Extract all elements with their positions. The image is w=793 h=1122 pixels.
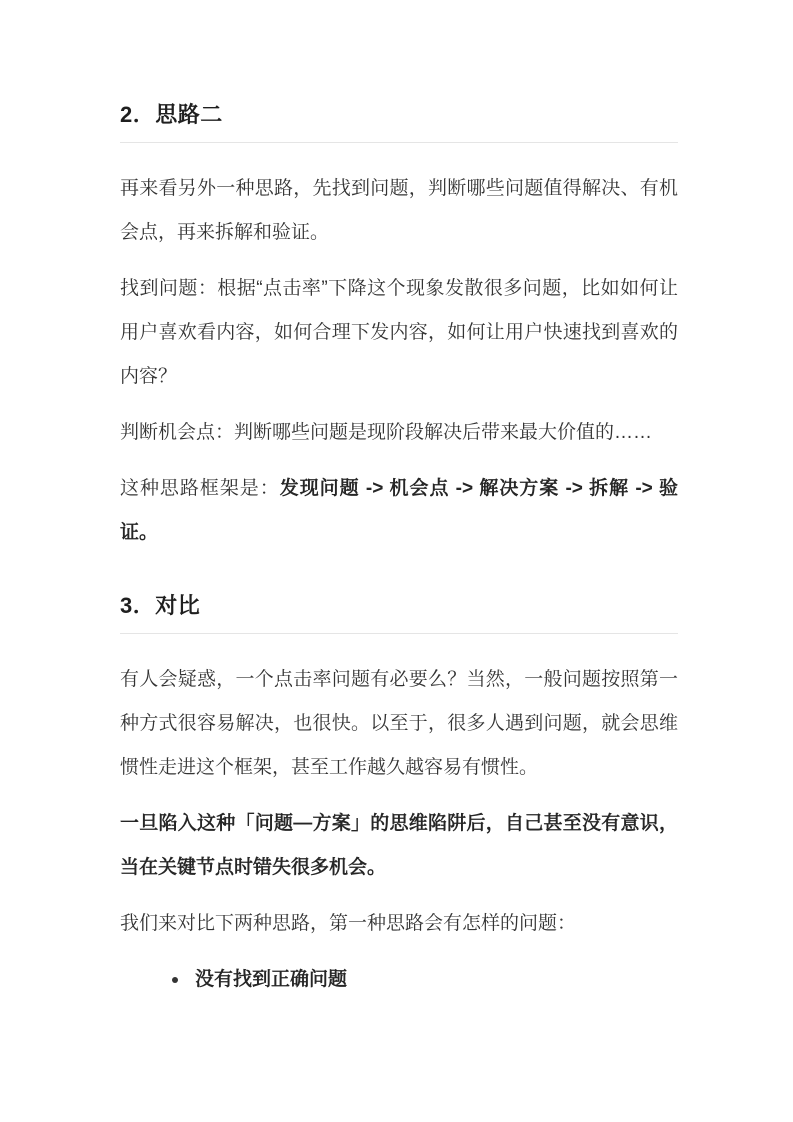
- problem-bullet-list: 没有找到正确问题: [120, 958, 678, 1002]
- paragraph-trap-warning: 一旦陷入这种「问题—方案」的思维陷阱后，自己甚至没有意识，当在关键节点时错失很多…: [120, 802, 678, 890]
- paragraph-framework: 这种思路框架是：发现问题 -> 机会点 -> 解决方案 -> 拆解 -> 验证。: [120, 467, 678, 555]
- section-divider: [120, 633, 678, 634]
- paragraph-compare-lead: 我们来对比下两种思路，第一种思路会有怎样的问题：: [120, 902, 678, 946]
- section-comparison: 3．对比 有人会疑惑，一个点击率问题有必要么？当然，一般问题按照第一种方式很容易…: [120, 591, 678, 1002]
- bullet-dot-icon: [172, 977, 178, 983]
- section-heading: 2．思路二: [120, 100, 678, 130]
- list-item: 没有找到正确问题: [120, 958, 678, 1002]
- paragraph-find-problem: 找到问题：根据“点击率”下降这个现象发散很多问题，比如如何让用户喜欢看内容，如何…: [120, 267, 678, 399]
- paragraph-doubt: 有人会疑惑，一个点击率问题有必要么？当然，一般问题按照第一种方式很容易解决，也很…: [120, 658, 678, 790]
- article-content: 2．思路二 再来看另外一种思路，先找到问题，判断哪些问题值得解决、有机会点，再来…: [0, 0, 793, 1002]
- list-item-text: 没有找到正确问题: [195, 969, 347, 990]
- paragraph-framework-lead: 这种思路框架是：: [120, 478, 280, 499]
- paragraph-intro: 再来看另外一种思路，先找到问题，判断哪些问题值得解决、有机会点，再来拆解和验证。: [120, 167, 678, 255]
- section-approach-two: 2．思路二 再来看另外一种思路，先找到问题，判断哪些问题值得解决、有机会点，再来…: [120, 100, 678, 555]
- paragraph-judge-opportunity: 判断机会点：判断哪些问题是现阶段解决后带来最大价值的……: [120, 411, 678, 455]
- section-divider: [120, 142, 678, 143]
- document-page: 2．思路二 再来看另外一种思路，先找到问题，判断哪些问题值得解决、有机会点，再来…: [0, 0, 793, 1122]
- section-heading: 3．对比: [120, 591, 678, 621]
